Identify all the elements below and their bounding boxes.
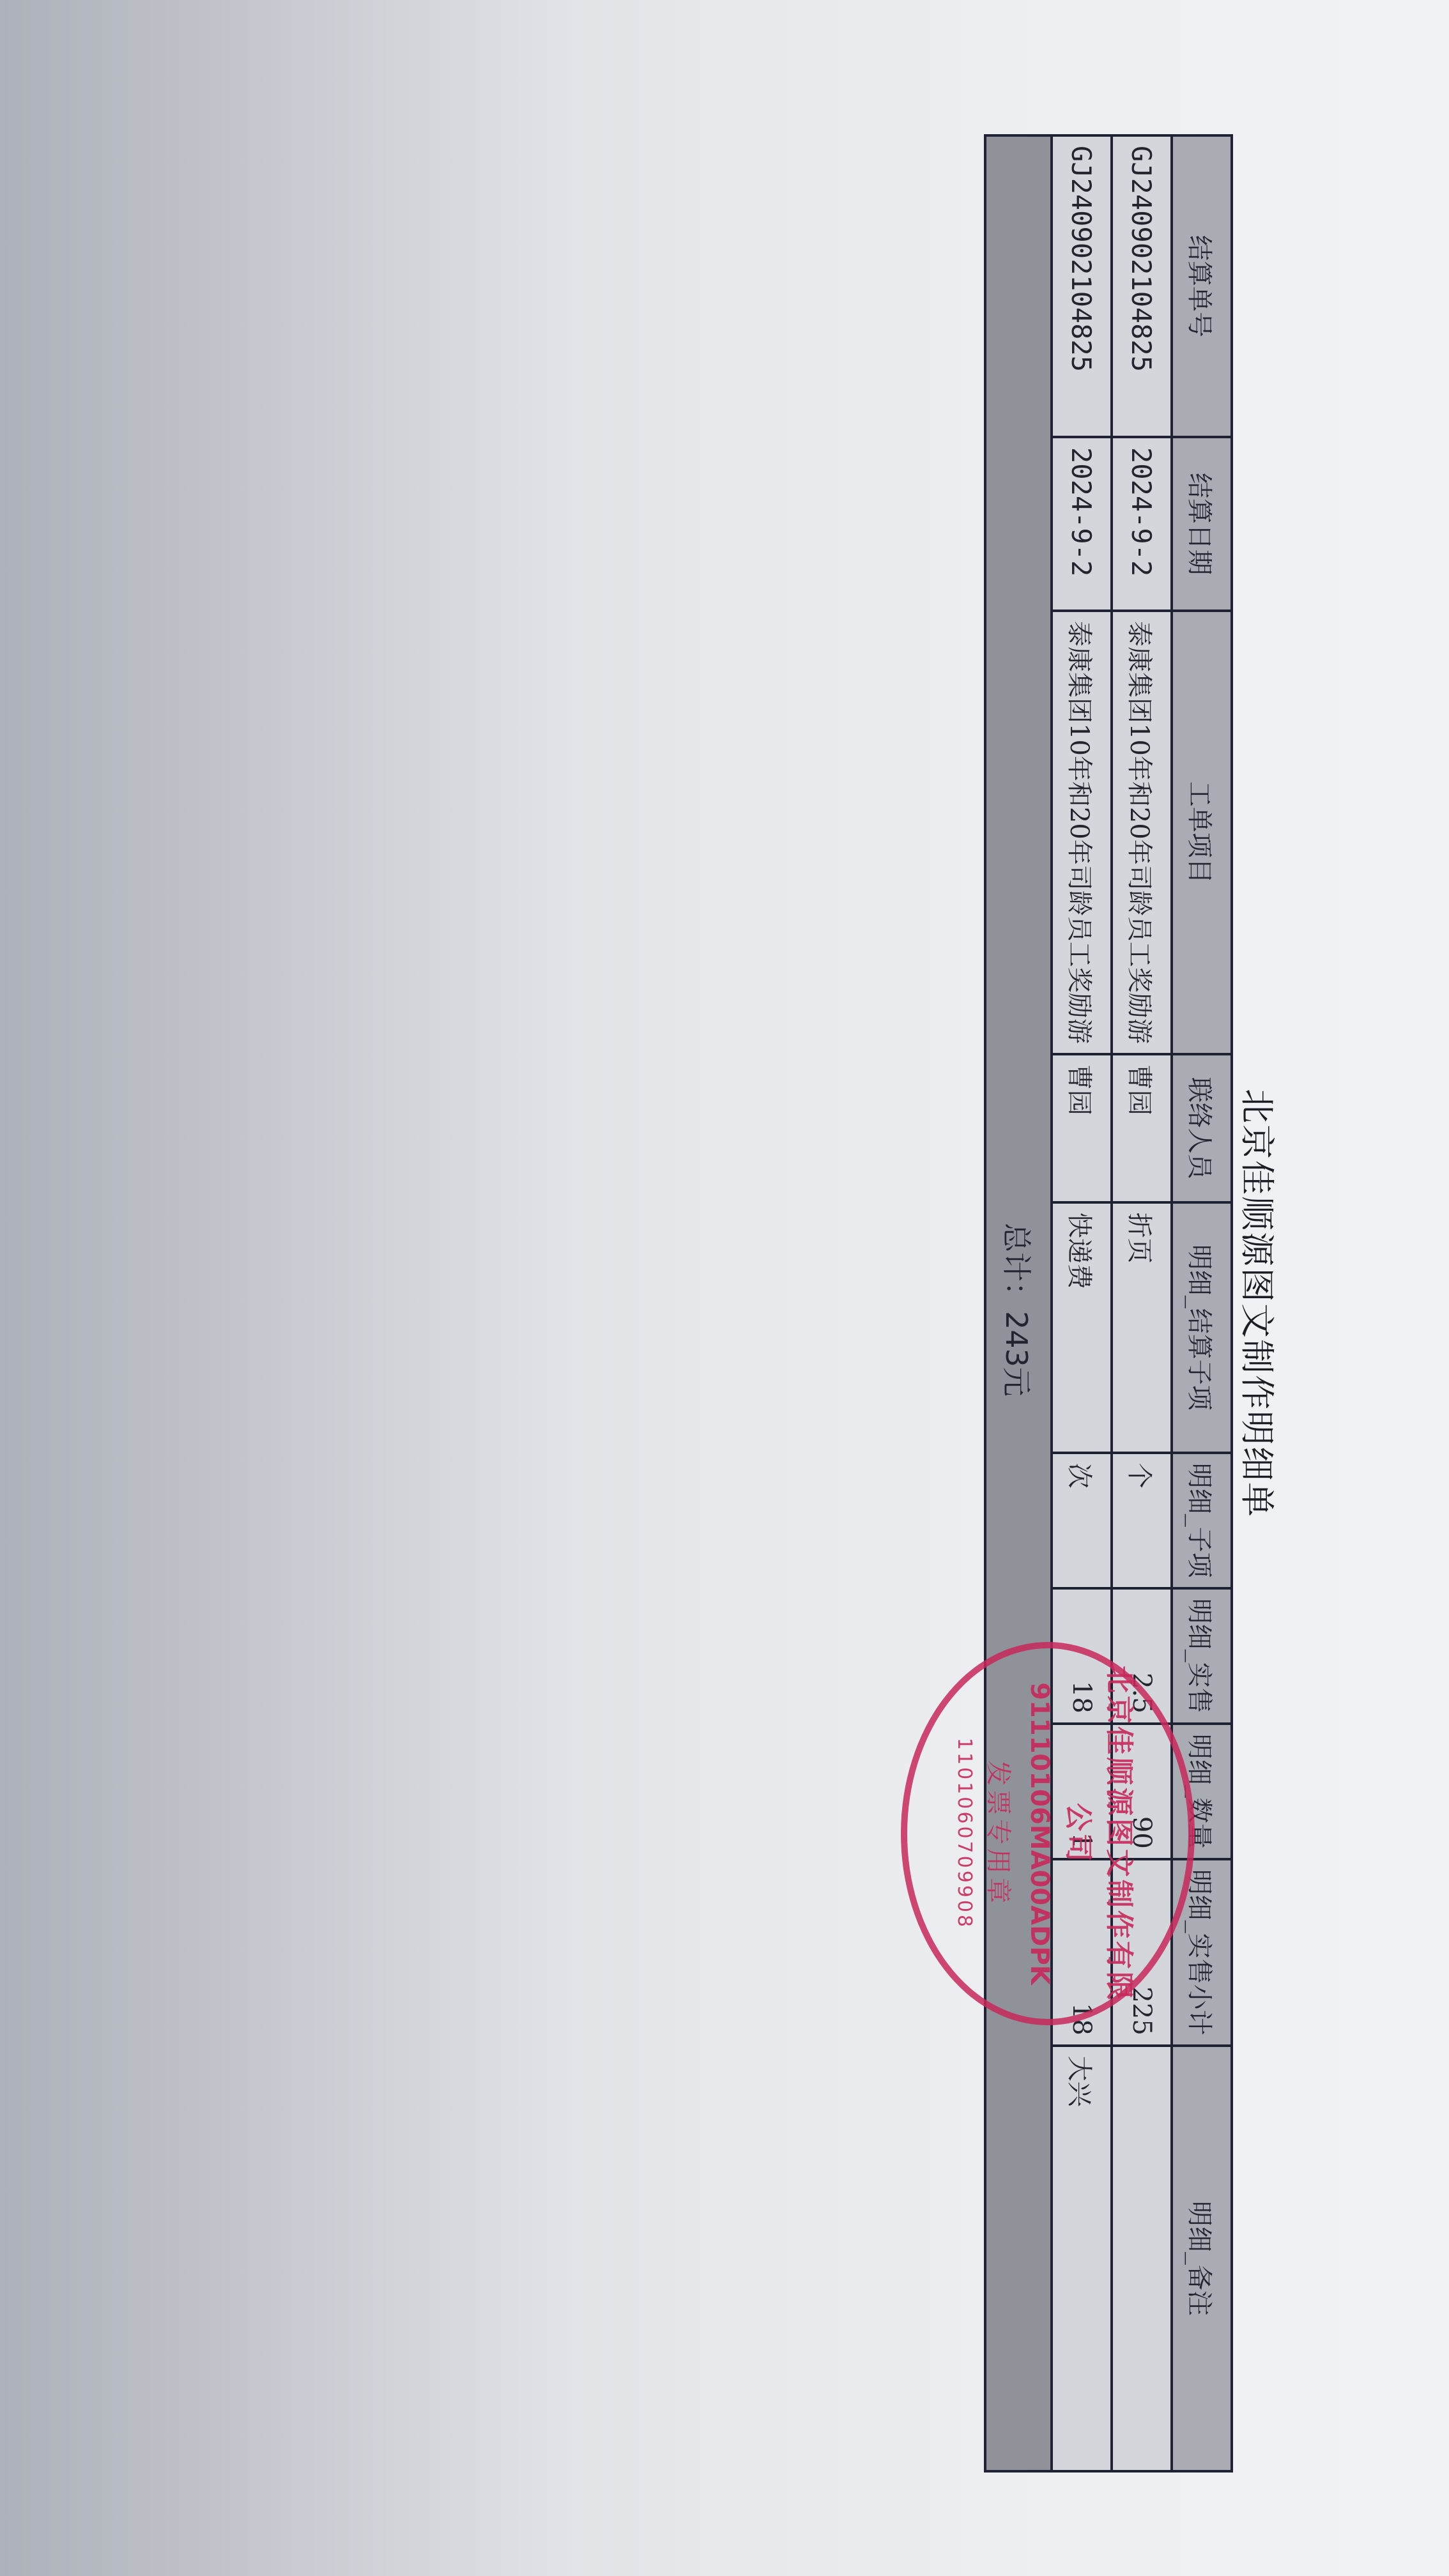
cell-remark: 大兴	[1052, 2046, 1112, 2471]
cell-project: 泰康集团10年和20年司龄员工奖励游	[1052, 611, 1112, 1054]
cell-settlement-no: GJ240902104825	[1052, 135, 1112, 437]
table-row: GJ240902104825 2024-9-2 泰康集团10年和20年司龄员工奖…	[1112, 135, 1172, 2471]
detail-sheet: 北京佳顺源图文制作明细单 结算单号 结算日期 工单项目 联络人员 明细_结算子项…	[920, 134, 1278, 2472]
header-remark: 明细_备注	[1172, 2046, 1232, 2471]
cell-contact: 曹园	[1052, 1054, 1112, 1202]
cell-unit: 次	[1052, 1453, 1112, 1588]
cell-project: 泰康集团10年和20年司龄员工奖励游	[1112, 611, 1172, 1054]
header-date: 结算日期	[1172, 437, 1232, 611]
document-title: 北京佳顺源图文制作明细单	[1235, 134, 1284, 2472]
seal-number: 1101060709908	[953, 1655, 976, 2012]
cell-item: 折页	[1112, 1202, 1172, 1453]
cell-date: 2024-9-2	[1052, 437, 1112, 611]
table-row: GJ240902104825 2024-9-2 泰康集团10年和20年司龄员工奖…	[1052, 135, 1112, 2471]
header-contact: 联络人员	[1172, 1054, 1232, 1202]
header-item: 明细_结算子项	[1172, 1202, 1232, 1453]
cell-date: 2024-9-2	[1112, 437, 1172, 611]
header-unit: 明细_子项	[1172, 1453, 1232, 1588]
seal-tax-code: 91110106MA00ADPK	[1025, 1655, 1054, 2012]
cell-settlement-no: GJ240902104825	[1112, 135, 1172, 437]
seal-company: 北京佳顺源图文制作有限公司	[1061, 1655, 1142, 2012]
detail-table: 结算单号 结算日期 工单项目 联络人员 明细_结算子项 明细_子项 明细_实售 …	[984, 134, 1233, 2472]
header-settlement-no: 结算单号	[1172, 135, 1232, 437]
cell-remark	[1112, 2046, 1172, 2471]
photo-shadow	[0, 0, 575, 2576]
header-price: 明细_实售	[1172, 1588, 1232, 1724]
total-amount: 总计：243元	[985, 135, 1052, 2471]
cell-unit: 个	[1112, 1453, 1172, 1588]
total-row: 总计：243元	[985, 135, 1052, 2471]
invoice-seal: 北京佳顺源图文制作有限公司 91110106MA00ADPK 发票专用章 110…	[901, 1642, 1195, 2025]
table-header-row: 结算单号 结算日期 工单项目 联络人员 明细_结算子项 明细_子项 明细_实售 …	[1172, 135, 1232, 2471]
header-project: 工单项目	[1172, 611, 1232, 1054]
cell-contact: 曹园	[1112, 1054, 1172, 1202]
cell-item: 快递费	[1052, 1202, 1112, 1453]
seal-type: 发票专用章	[982, 1655, 1018, 2012]
